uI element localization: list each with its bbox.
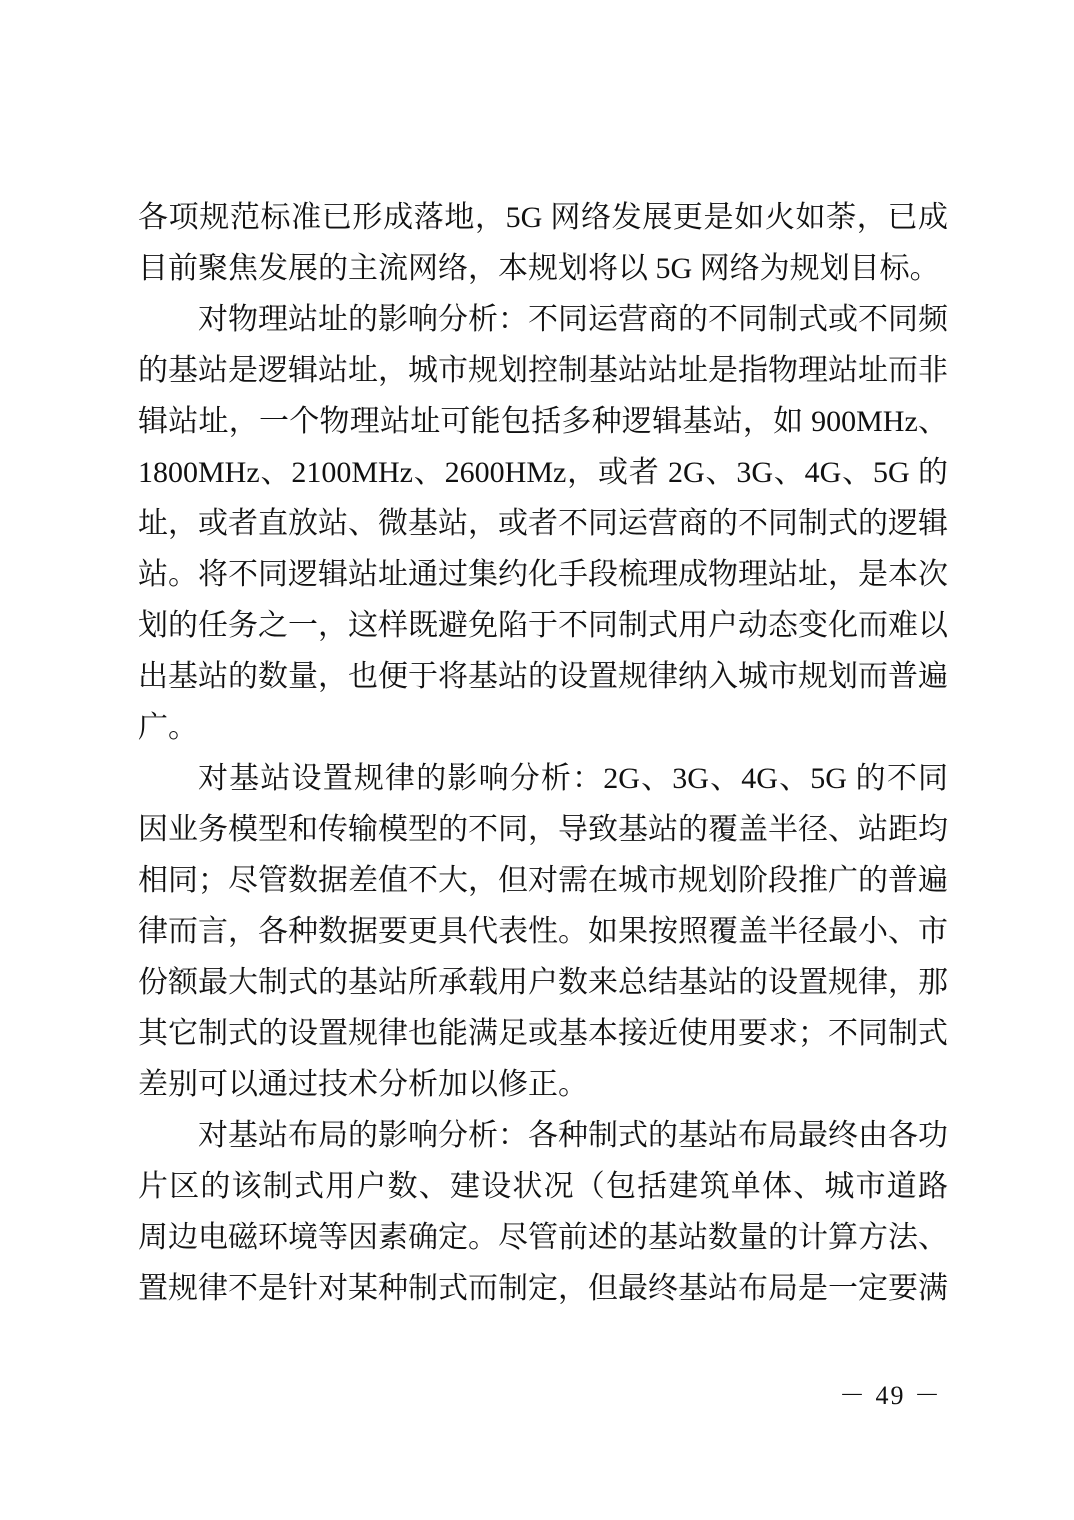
body-text: 各项规范标准已形成落地，5G 网络发展更是如火如荼，已成为目前聚焦发展的主流网络… xyxy=(138,192,948,1314)
text-line: 划的任务之一，这样既避免陷于不同制式用户动态变化而难以得 xyxy=(138,600,948,651)
text-line: 相同；尽管数据差值不大，但对需在城市规划阶段推广的普遍规 xyxy=(138,855,948,906)
text-line: 片区的该制式用户数、建设状况（包括建筑单体、城市道路等）、 xyxy=(138,1161,948,1212)
text-line: 辑站址，一个物理站址可能包括多种逻辑基站，如 900MHz、 xyxy=(138,396,948,447)
text-line: 其它制式的设置规律也能满足或基本接近使用要求；不同制式的 xyxy=(138,1008,948,1059)
page-number: － 49 － xyxy=(839,1378,942,1414)
paragraph: 对基站设置规律的影响分析：2G、3G、4G、5G 的不同制式因业务模型和传输模型… xyxy=(138,753,948,1110)
text-line: 置规律不是针对某种制式而制定，但最终基站布局是一定要满足 xyxy=(138,1263,948,1314)
text-line: 的基站是逻辑站址，城市规划控制基站站址是指物理站址而非逻 xyxy=(138,345,948,396)
text-line: 1800MHz、2100MHz、2600HMz，或者 2G、3G、4G、5G 的… xyxy=(138,447,948,498)
text-line: 因业务模型和传输模型的不同，导致基站的覆盖半径、站距均不 xyxy=(138,804,948,855)
text-line: 站。将不同逻辑站址通过集约化手段梳理成物理站址，是本次规 xyxy=(138,549,948,600)
text-line: 周边电磁环境等因素确定。尽管前述的基站数量的计算方法、设 xyxy=(138,1212,948,1263)
text-line: 址，或者直放站、微基站，或者不同运营商的不同制式的逻辑基 xyxy=(138,498,948,549)
text-line: 对基站设置规律的影响分析：2G、3G、4G、5G 的不同制式 xyxy=(138,753,948,804)
text-line: 份额最大制式的基站所承载用户数来总结基站的设置规律，那么， xyxy=(138,957,948,1008)
text-line: 各项规范标准已形成落地，5G 网络发展更是如火如荼，已成为 xyxy=(138,192,948,243)
text-line: 对基站布局的影响分析：各种制式的基站布局最终由各功能 xyxy=(138,1110,948,1161)
text-line: 差别可以通过技术分析加以修正。 xyxy=(138,1059,948,1110)
text-line: 出基站的数量，也便于将基站的设置规律纳入城市规划而普遍推 xyxy=(138,651,948,702)
document-page: 各项规范标准已形成落地，5G 网络发展更是如火如荼，已成为目前聚焦发展的主流网络… xyxy=(0,0,1074,1520)
text-line: 律而言，各种数据要更具代表性。如果按照覆盖半径最小、市场 xyxy=(138,906,948,957)
paragraph: 对基站布局的影响分析：各种制式的基站布局最终由各功能片区的该制式用户数、建设状况… xyxy=(138,1110,948,1314)
text-line: 目前聚焦发展的主流网络，本规划将以 5G 网络为规划目标。 xyxy=(138,243,948,294)
paragraph: 对物理站址的影响分析：不同运营商的不同制式或不同频率的基站是逻辑站址，城市规划控… xyxy=(138,294,948,753)
text-line: 广。 xyxy=(138,702,948,753)
text-line: 对物理站址的影响分析：不同运营商的不同制式或不同频率 xyxy=(138,294,948,345)
paragraph: 各项规范标准已形成落地，5G 网络发展更是如火如荼，已成为目前聚焦发展的主流网络… xyxy=(138,192,948,294)
